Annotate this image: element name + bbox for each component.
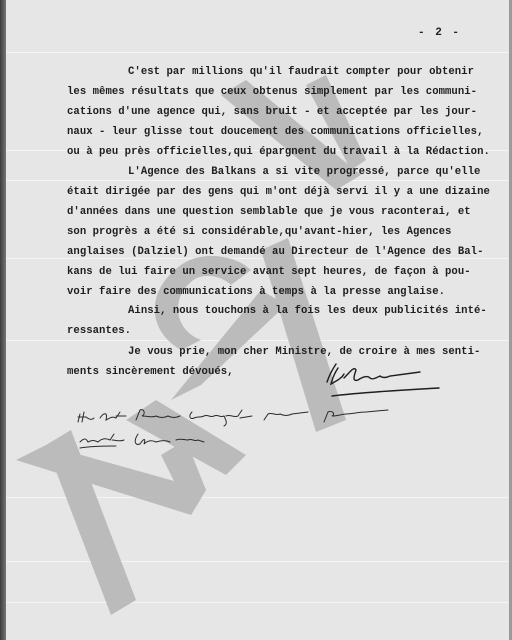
text-line: voir faire des communications à temps à … bbox=[67, 286, 445, 298]
text-line: les mêmes résultats que ceux obtenus sim… bbox=[67, 86, 477, 98]
signature bbox=[324, 360, 454, 400]
handwritten-note bbox=[76, 400, 476, 450]
text-line: C'est par millions qu'il faudrait compte… bbox=[128, 66, 474, 78]
scan-artifact-line bbox=[6, 340, 512, 341]
document-page: - 2 - C'est par millions qu'il faudrait … bbox=[6, 0, 512, 640]
text-line: cations d'une agence qui, sans bruit - e… bbox=[67, 106, 477, 118]
text-line: était dirigée par des gens qui m'ont déj… bbox=[67, 186, 490, 198]
text-line: ressantes. bbox=[67, 325, 131, 337]
scan-artifact-line bbox=[6, 497, 512, 498]
scan-artifact-line bbox=[6, 52, 512, 53]
text-line: L'Agence des Balkans a si vite progressé… bbox=[128, 166, 480, 178]
text-line: ou à peu près officielles,qui épargnent … bbox=[67, 146, 490, 158]
page-number: - 2 - bbox=[418, 27, 461, 39]
closing-line: ments sincèrement dévoués, bbox=[67, 366, 234, 378]
text-line: Ainsi, nous touchons à la fois les deux … bbox=[128, 305, 487, 317]
scan-artifact-line bbox=[6, 180, 512, 181]
text-line: son progrès a été si considérable,qu'ava… bbox=[67, 226, 451, 238]
scan-artifact-line bbox=[6, 602, 512, 603]
closing-line: Je vous prie, mon cher Ministre, de croi… bbox=[128, 346, 480, 358]
text-line: kans de lui faire un service avant sept … bbox=[67, 266, 471, 278]
text-line: naux - leur glisse tout doucement des co… bbox=[67, 126, 483, 138]
text-line: d'années dans une question semblable que… bbox=[67, 206, 471, 218]
scan-artifact-line bbox=[6, 258, 512, 259]
text-line: anglaises (Dalziel) ont demandé au Direc… bbox=[67, 246, 483, 258]
scan-artifact-line bbox=[6, 561, 512, 562]
